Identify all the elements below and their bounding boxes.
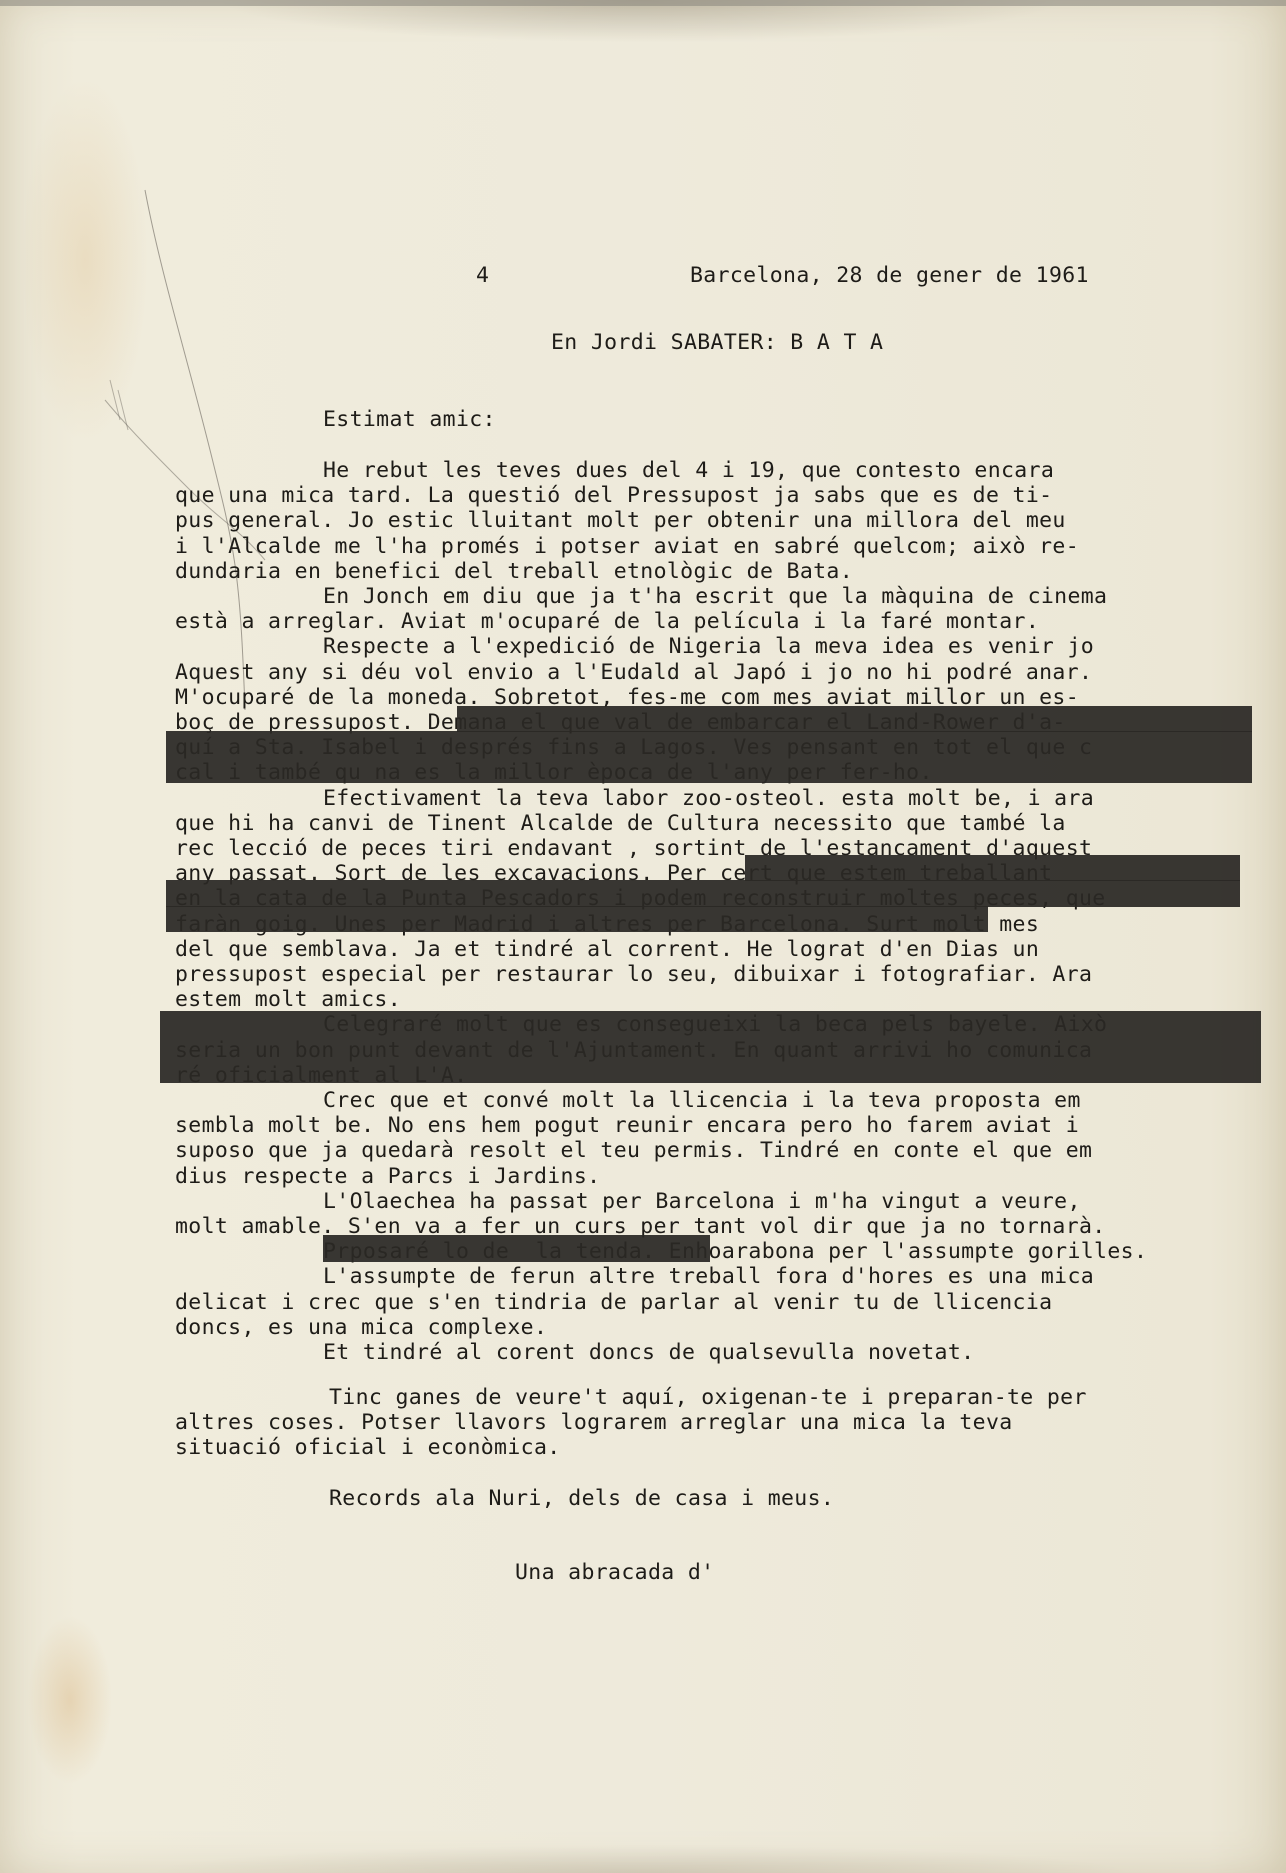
body-line: Et tindré al corent doncs de qualsevulla… bbox=[323, 1340, 974, 1365]
body-line: pus general. Jo estic lluitant molt per … bbox=[175, 508, 1066, 533]
body-line: pressupost especial per restaurar lo seu… bbox=[175, 962, 1092, 987]
body-line: dius respecte a Parcs i Jardins. bbox=[175, 1164, 600, 1189]
redaction-block bbox=[457, 706, 1252, 732]
closing-line: Tinc ganes de veure't aquí, oxigenan-te … bbox=[329, 1385, 1087, 1410]
date-line: Barcelona, 28 de gener de 1961 bbox=[690, 263, 1089, 288]
body-line: L'Olaechea ha passat per Barcelona i m'h… bbox=[323, 1189, 1081, 1214]
body-line: Crec que et convé molt la llicencia i la… bbox=[323, 1088, 1081, 1113]
body-line: que una mica tard. La questió del Pressu… bbox=[175, 483, 1052, 508]
typed-letter: 4 Barcelona, 28 de gener de 1961 En Jord… bbox=[0, 0, 1286, 1873]
body-line: sembla molt be. No ens hem pogut reunir … bbox=[175, 1113, 1079, 1138]
body-line: i l'Alcalde me l'ha promés i potser avia… bbox=[175, 534, 1079, 559]
body-line: dundaria en benefici del treball etnològ… bbox=[175, 559, 853, 584]
body-line: del que semblava. Ja et tindré al corren… bbox=[175, 937, 1039, 962]
body-line: està a arreglar. Aviat m'ocuparé de la p… bbox=[175, 609, 1039, 634]
redaction-block bbox=[323, 1235, 710, 1262]
closing-line: altres coses. Potser llavors lograrem ar… bbox=[175, 1410, 1013, 1435]
body-line: L'assumpte de ferun altre treball fora d… bbox=[323, 1264, 1094, 1289]
recipient: En Jordi SABATER: B A T A bbox=[551, 330, 883, 355]
redaction-block bbox=[166, 880, 1240, 907]
redaction-block bbox=[166, 731, 1252, 783]
body-line: delicat i crec que s'en tindria de parla… bbox=[175, 1290, 1052, 1315]
redaction-block bbox=[166, 906, 988, 932]
redaction-block bbox=[745, 855, 1240, 881]
page-number: 4 bbox=[476, 263, 489, 288]
body-line: He rebut les teves dues del 4 i 19, que … bbox=[323, 458, 1054, 483]
body-line: que hi ha canvi de Tinent Alcalde de Cul… bbox=[175, 811, 1066, 836]
body-line: Respecte a l'expedició de Nigeria la mev… bbox=[323, 634, 1094, 659]
redaction-block bbox=[160, 1011, 1261, 1083]
body-line: Efectivament la teva labor zoo-osteol. e… bbox=[323, 786, 1094, 811]
body-line: doncs, es una mica complexe. bbox=[175, 1315, 547, 1340]
body-line: suposo que ja quedarà resolt el teu perm… bbox=[175, 1138, 1092, 1163]
body-line: estem molt amics. bbox=[175, 987, 401, 1012]
body-line: Aquest any si déu vol envio a l'Eudald a… bbox=[175, 660, 1092, 685]
closing-line: situació oficial i econòmica. bbox=[175, 1435, 561, 1460]
body-line: En Jonch em diu que ja t'ha escrit que l… bbox=[323, 584, 1107, 609]
salutation: Estimat amic: bbox=[323, 407, 496, 432]
signoff-line: Una abracada d' bbox=[515, 1560, 714, 1585]
regards-line: Records ala Nuri, dels de casa i meus. bbox=[329, 1486, 834, 1511]
